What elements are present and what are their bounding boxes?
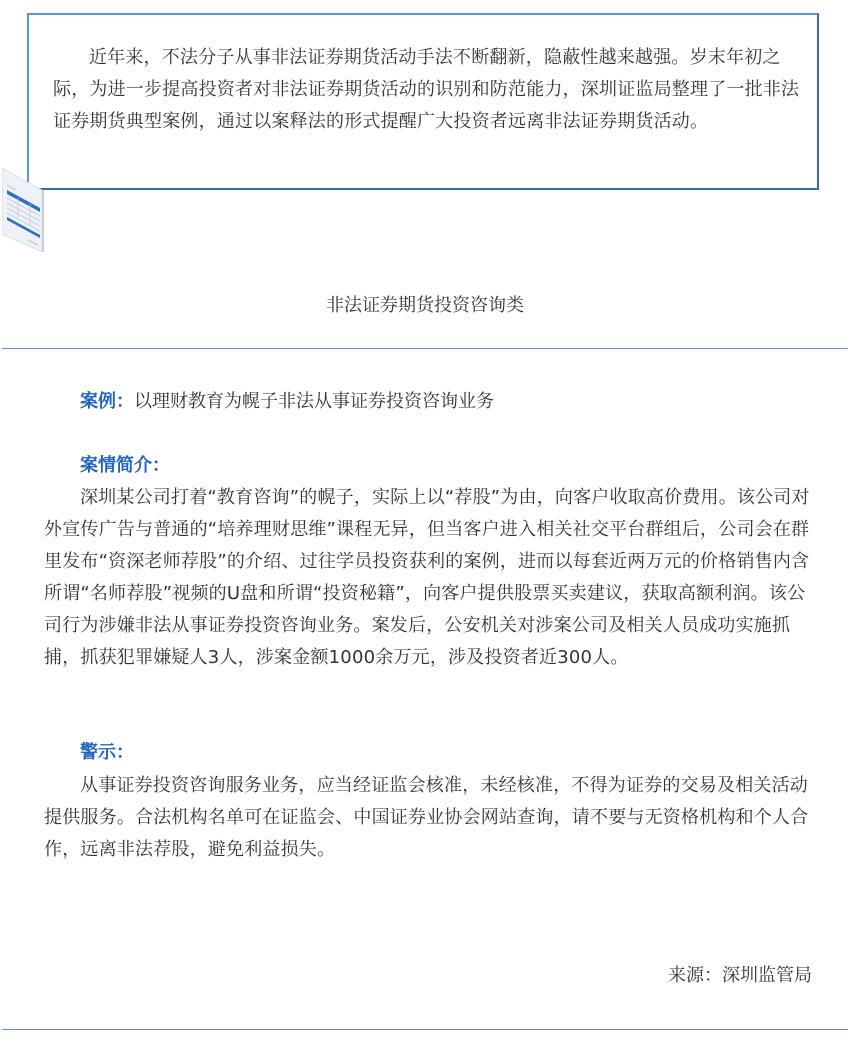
warning-paragraph: 从事证券投资咨询服务业务，应当经证监会核准，未经核准，不得为证券的交易及相关活动… <box>44 770 816 866</box>
intro-paragraph: 近年来，不法分子从事非法证券期货活动手法不断翻新，隐蔽性越来越强。岁末年初之际，… <box>53 42 805 138</box>
summary-paragraph: 深圳某公司打着“教育咨询”的幌子，实际上以“荐股”为由，向客户收取高价费用。该公… <box>44 482 816 674</box>
summary-heading: 案情简介： <box>80 452 170 480</box>
warning-heading: 警示： <box>80 739 134 767</box>
category-title: 非法证券期货投资咨询类 <box>0 292 850 320</box>
case-title-line: 案例：以理财教育为幌子非法从事证券投资咨询业务 <box>80 388 494 416</box>
section-divider <box>2 348 848 349</box>
document-table-icon <box>2 168 44 252</box>
source-attribution: 来源：深圳监管局 <box>668 962 812 990</box>
case-label: 案例： <box>80 391 134 412</box>
case-title: 以理财教育为幌子非法从事证券投资咨询业务 <box>134 391 494 412</box>
footer-divider <box>2 1029 848 1030</box>
